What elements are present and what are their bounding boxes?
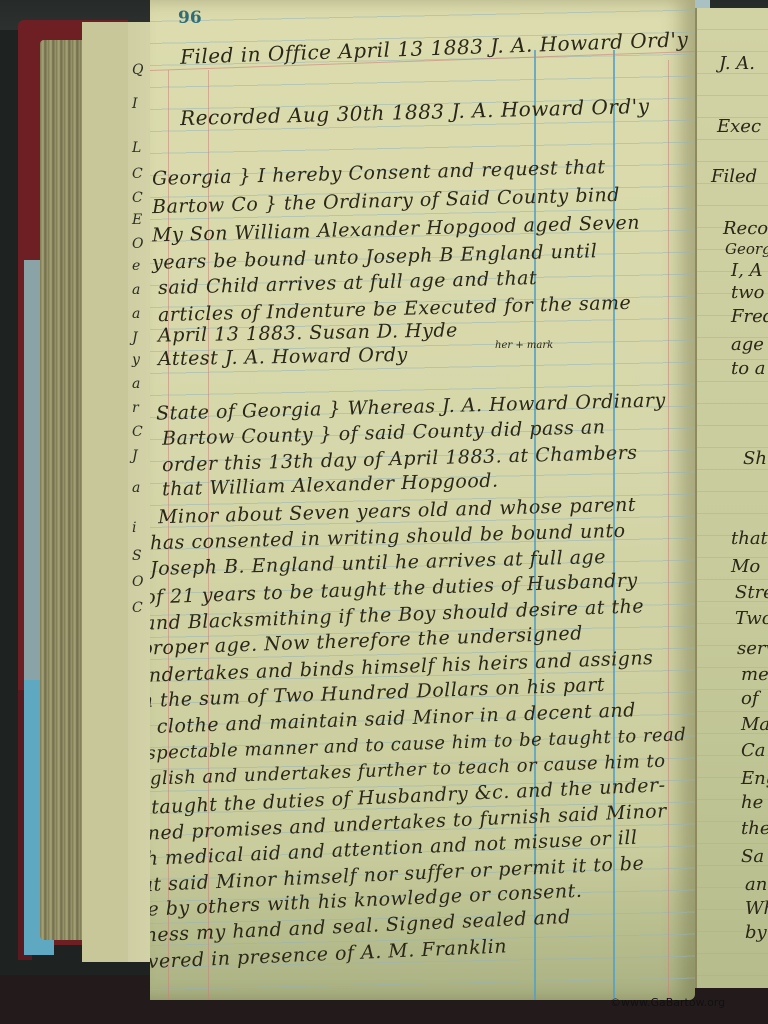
right-page-word: an	[745, 874, 767, 895]
right-page-word: Eng	[741, 768, 768, 789]
margin-letter: C	[132, 600, 143, 616]
right-page-word: Two	[735, 608, 768, 629]
right-page-word: Reco	[723, 218, 768, 239]
right-page-word: Fred	[731, 306, 768, 327]
right-page-word: two	[731, 282, 764, 303]
right-page-word: that	[731, 528, 768, 549]
right-page-word: the	[741, 818, 768, 839]
right-page-word: Sh	[743, 448, 767, 469]
right-page-word: Georg	[725, 240, 768, 258]
margin-letter: J	[132, 448, 138, 464]
right-page-word: I, A	[731, 260, 763, 281]
margin-letter: E	[132, 212, 142, 228]
right-page-ruling	[697, 8, 768, 988]
right-page-partial: J. A. Exec Filed Reco Georg I, A two Fre…	[695, 8, 768, 988]
margin-letter: C	[132, 166, 143, 182]
right-page-word: Sa	[741, 846, 764, 867]
signature-mark-note: her + mark	[495, 340, 553, 351]
margin-letter: O	[132, 574, 143, 590]
right-page-word: by	[745, 922, 767, 943]
right-page-word: Wh	[745, 898, 768, 919]
margin-letter: e	[132, 258, 140, 274]
right-page-word: Ma	[741, 714, 768, 735]
margin-letter: O	[132, 236, 143, 252]
right-page-word: J. A.	[719, 53, 755, 74]
right-page-word: Stre	[735, 582, 768, 603]
ledger-page: 96 Filed in Office April 13 1883 J. A. H…	[150, 0, 695, 1000]
watermark: ©www.GaBartow.org	[610, 996, 725, 1009]
margin-letter: Q	[132, 62, 143, 78]
page-number: 96	[178, 8, 202, 28]
margin-letter: r	[132, 400, 139, 416]
margin-letter: J	[132, 330, 138, 346]
margin-rule-red	[668, 60, 669, 1000]
margin-letter: y	[132, 352, 140, 368]
margin-letter: C	[132, 190, 143, 206]
right-page-word: he	[741, 792, 763, 813]
margin-letter: L	[132, 140, 141, 156]
margin-letter: a	[132, 306, 140, 322]
right-page-word: me	[741, 664, 768, 685]
margin-letter: a	[132, 282, 140, 298]
right-page-word: of	[741, 688, 759, 709]
margin-letter: a	[132, 376, 140, 392]
attest-line: Attest J. A. Howard Ordy	[158, 344, 408, 370]
margin-letter: a	[132, 480, 140, 496]
right-page-word: to a	[731, 358, 766, 379]
right-page-word: Ca	[741, 740, 766, 761]
margin-letter: i	[132, 520, 136, 536]
right-page-word: Exec	[717, 116, 761, 137]
margin-letter: C	[132, 424, 143, 440]
right-page-word: age	[731, 334, 764, 355]
right-page-word: serv	[737, 638, 768, 659]
right-page-word: Mo	[731, 556, 760, 577]
margin-letter: S	[132, 548, 142, 564]
right-page-word: Filed	[711, 166, 757, 187]
margin-letter: I	[132, 96, 138, 112]
